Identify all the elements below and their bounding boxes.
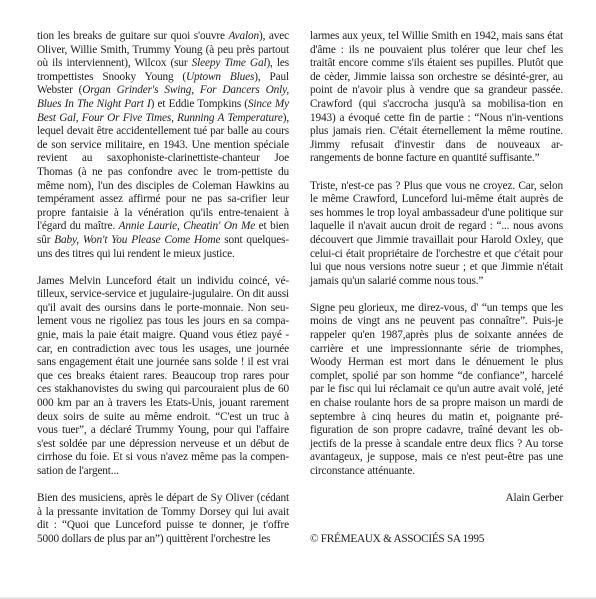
paragraph-orchestre-decline: larmes aux yeux, tel Willie Smith en 194…: [310, 30, 563, 166]
paragraph-bands-soloists: tion les breaks de guitare sur quoi s'ou…: [37, 30, 289, 261]
song-title: Avalon: [228, 30, 258, 42]
right-column: larmes aux yeux, tel Willie Smith en 194…: [310, 30, 563, 560]
author-signature: Alain Gerber: [310, 492, 563, 506]
paragraph-lunceford-character: James Melvin Lunceford était un individu…: [37, 275, 289, 479]
song-title: Uptown Blues: [186, 71, 254, 83]
text: ) et Eddie Tompkins (: [151, 98, 248, 110]
paragraph-woody-herman: Signe peu glorieux, me direz-vous, d' “u…: [310, 302, 563, 479]
text: tion les breaks de guitare sur quoi s'ou…: [37, 30, 228, 42]
song-title: Sleepy Time Gal: [192, 57, 267, 69]
paragraph-musicians-departure: Bien des musiciens, après le départ de S…: [37, 492, 289, 546]
left-column: tion les breaks de guitare sur quoi s'ou…: [37, 30, 289, 560]
song-title: Annie Laurie, Cheatin' On Me: [119, 220, 255, 232]
text: ), lequel devait être accidentellement t…: [37, 112, 289, 233]
song-title: Baby, Won't You Please Come Home: [54, 234, 220, 246]
copyright-notice: © FRÉMEAUX & ASSOCIÉS SA 1995: [310, 533, 563, 547]
paragraph-crawford-quote: Triste, n'est-ce pas ? Plus que vous ne …: [310, 180, 563, 289]
